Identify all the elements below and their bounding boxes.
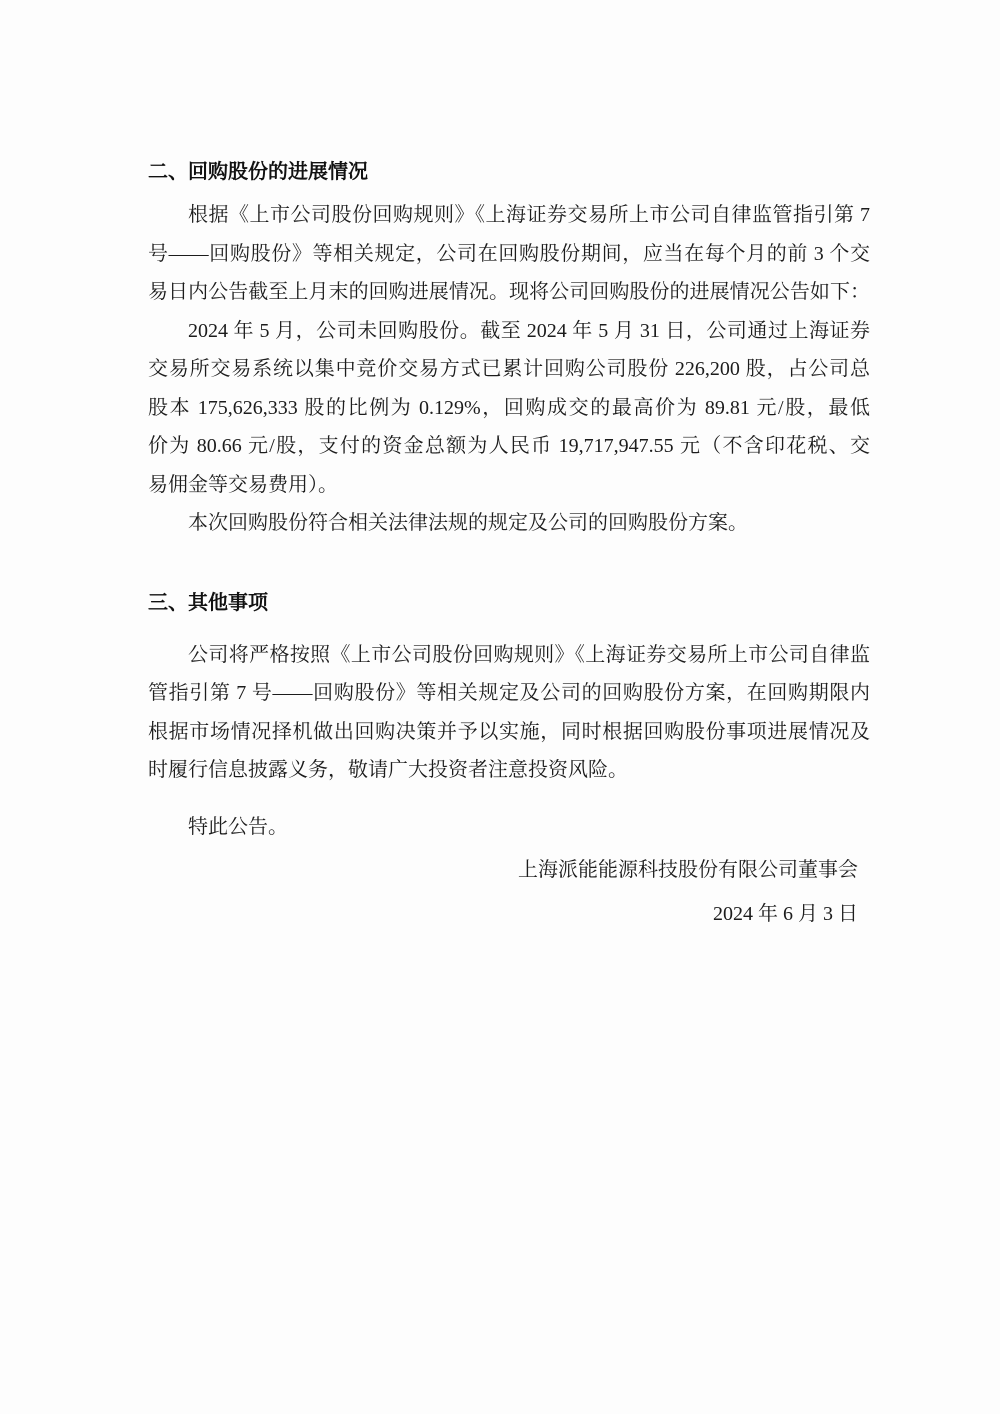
section-other-matters: 三、其他事项 公司将严格按照《上市公司股份回购规则》《上海证券交易所上市公司自律… <box>148 590 870 790</box>
body-line: 易日内公告截至上月末的回购进展情况。现将公司回购股份的进展情况公告如下： <box>148 273 870 312</box>
closing-block: 特此公告。 上海派能能源科技股份有限公司董事会 2024 年 6 月 3 日 <box>148 806 870 937</box>
body-line: 号——回购股份》等相关规定，公司在回购股份期间，应当在每个月的前 3 个交 <box>148 235 870 274</box>
closing-statement: 特此公告。 <box>148 806 870 850</box>
other-matters-heading: 三、其他事项 <box>148 590 870 616</box>
body-line: 交易所交易系统以集中竞价交易方式已累计回购公司股份 226,200 股，占公司总 <box>148 350 870 389</box>
body-line: 时履行信息披露义务，敬请广大投资者注意投资风险。 <box>148 751 870 790</box>
body-line: 本次回购股份符合相关法律法规的规定及公司的回购股份方案。 <box>148 504 870 543</box>
body-line: 2024 年 5 月，公司未回购股份。截至 2024 年 5 月 31 日，公司… <box>148 312 870 351</box>
body-line: 管指引第 7 号——回购股份》等相关规定及公司的回购股份方案，在回购期限内 <box>148 674 870 713</box>
announcement-date: 2024 年 6 月 3 日 <box>148 893 870 937</box>
body-line: 价为 80.66 元/股，支付的资金总额为人民币 19,717,947.55 元… <box>148 427 870 466</box>
announcement-page: 二、回购股份的进展情况 根据《上市公司股份回购规则》《上海证券交易所上市公司自律… <box>0 0 1000 1414</box>
body-line: 公司将严格按照《上市公司股份回购规则》《上海证券交易所上市公司自律监 <box>148 636 870 675</box>
body-line: 根据市场情况择机做出回购决策并予以实施，同时根据回购股份事项进展情况及 <box>148 713 870 752</box>
company-signature: 上海派能能源科技股份有限公司董事会 <box>148 849 870 893</box>
body-line: 易佣金等交易费用）。 <box>148 466 870 505</box>
buyback-progress-heading: 二、回购股份的进展情况 <box>148 159 870 185</box>
body-line: 根据《上市公司股份回购规则》《上海证券交易所上市公司自律监管指引第 7 <box>148 196 870 235</box>
section-buyback-progress: 二、回购股份的进展情况 根据《上市公司股份回购规则》《上海证券交易所上市公司自律… <box>148 159 870 543</box>
body-line: 股本 175,626,333 股的比例为 0.129%，回购成交的最高价为 89… <box>148 389 870 428</box>
